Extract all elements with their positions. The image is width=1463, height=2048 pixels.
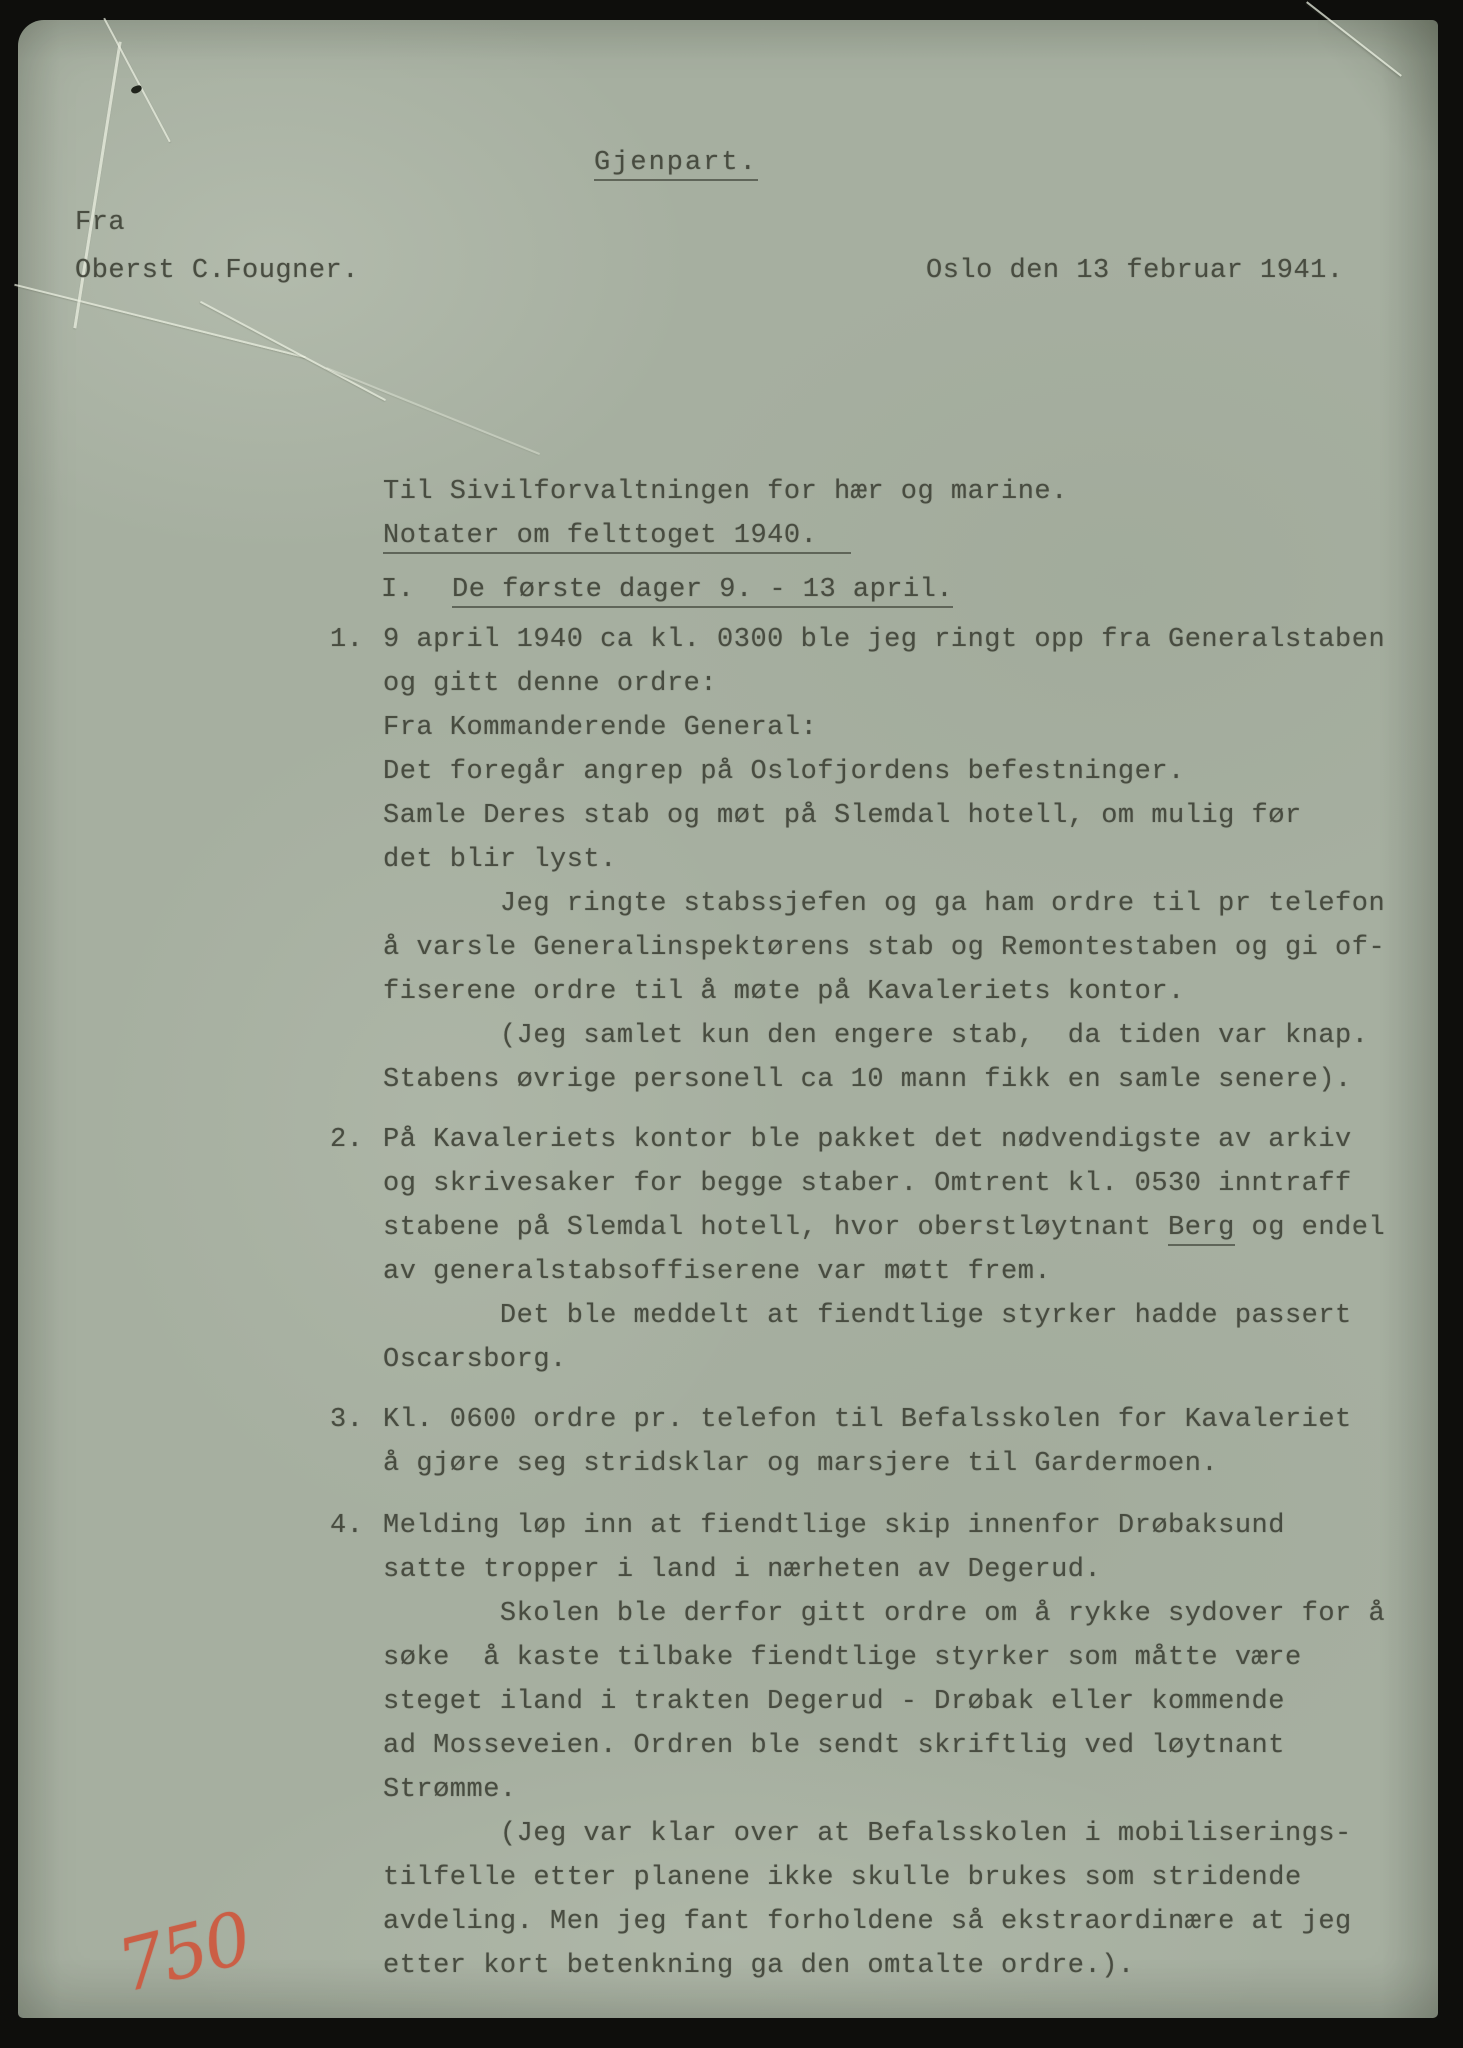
document-title: Gjenpart. — [594, 148, 758, 178]
subject-text: Notater om felttoget 1940. — [383, 521, 851, 554]
underlined-name-berg: Berg — [1168, 1213, 1235, 1246]
typed-line: å varsle Generalinspektørens stab og Rem… — [383, 926, 1420, 970]
typed-line: fiserene ordre til å møte på Kavaleriets… — [383, 970, 1420, 1014]
typed-line: Samle Deres stab og møt på Slemdal hotel… — [383, 794, 1420, 838]
paragraph-4: 4. Melding løp inn at fiendtlige skip in… — [330, 1504, 1420, 1988]
typed-line: 9 april 1940 ca kl. 0300 ble jeg ringt o… — [383, 618, 1420, 662]
typed-line: Jeg ringte stabssjefen og ga ham ordre t… — [383, 882, 1420, 926]
document-page: Gjenpart. Fra Oberst C.Fougner. Oslo den… — [18, 20, 1438, 2018]
handwritten-annotation-750: 750 — [110, 1895, 258, 2008]
document-body: Til Sivilforvaltningen for hær og marine… — [330, 470, 1420, 1988]
typed-line: etter kort betenkning ga den omtalte ord… — [383, 1944, 1420, 1988]
typed-line: Melding løp inn at fiendtlige skip innen… — [383, 1504, 1420, 1548]
typed-line: Det foregår angrep på Oslofjordens befes… — [383, 750, 1420, 794]
typed-line: Stabens øvrige personell ca 10 mann fikk… — [383, 1058, 1420, 1102]
paragraph-number: 1. — [330, 618, 383, 662]
subject-line: Notater om felttoget 1940. — [383, 514, 1420, 558]
typed-line: Det ble meddelt at fiendtlige styrker ha… — [383, 1294, 1420, 1338]
typed-line: å gjøre seg stridsklar og marsjere til G… — [383, 1442, 1420, 1486]
typed-line: Skolen ble derfor gitt ordre om å rykke … — [383, 1592, 1420, 1636]
typed-line: (Jeg var klar over at Befalsskolen i mob… — [383, 1812, 1420, 1856]
section-heading: I. De første dager 9. - 13 april. — [381, 568, 1420, 612]
from-label: Fra — [75, 208, 125, 238]
paragraph-number: 3. — [330, 1398, 383, 1442]
typed-line: satte tropper i land i nærheten av Deger… — [383, 1548, 1420, 1592]
typed-line: ad Mosseveien. Ordren ble sendt skriftli… — [383, 1724, 1420, 1768]
typed-line: og skrivesaker for begge staber. Omtrent… — [383, 1162, 1420, 1206]
typed-line: Strømme. — [383, 1768, 1420, 1812]
sender-name: Oberst C.Fougner. — [75, 256, 359, 286]
paper-crease — [14, 284, 306, 359]
section-title-text: De første dager 9. - 13 april. — [452, 575, 953, 608]
paragraph-text: På Kavaleriets kontor ble pakket det nød… — [383, 1118, 1420, 1382]
typed-line: tilfelle etter planene ikke skulle bruke… — [383, 1856, 1420, 1900]
paragraph-number: 4. — [330, 1504, 383, 1548]
paragraph-text: Kl. 0600 ordre pr. telefon til Befalssko… — [383, 1398, 1420, 1486]
line-segment: stabene på Slemdal hotell, hvor oberstlø… — [383, 1213, 1168, 1243]
typed-line: av generalstabsoffiserene var møtt frem. — [383, 1250, 1420, 1294]
ink-speck — [130, 84, 143, 94]
folded-corner — [1318, 20, 1438, 170]
typed-line: (Jeg samlet kun den engere stab, da tide… — [383, 1014, 1420, 1058]
typed-line: steget iland i trakten Degerud - Drøbak … — [383, 1680, 1420, 1724]
typed-line-with-underline: stabene på Slemdal hotell, hvor oberstlø… — [383, 1206, 1420, 1250]
paragraph-1: 1. 9 april 1940 ca kl. 0300 ble jeg ring… — [330, 618, 1420, 1102]
recipient-line: Til Sivilforvaltningen for hær og marine… — [383, 470, 1420, 514]
paragraph-text: Melding løp inn at fiendtlige skip innen… — [383, 1504, 1420, 1988]
document-title-text: Gjenpart. — [594, 148, 758, 181]
paper-crease — [200, 301, 386, 401]
typed-line: det blir lyst. — [383, 838, 1420, 882]
typed-line: Fra Kommanderende General: — [383, 706, 1420, 750]
typed-line: søke å kaste tilbake fiendtlige styrker … — [383, 1636, 1420, 1680]
paper-crease — [326, 367, 540, 455]
typed-line: og gitt denne ordre: — [383, 662, 1420, 706]
line-segment: og endel — [1235, 1213, 1385, 1243]
paragraph-3: 3. Kl. 0600 ordre pr. telefon til Befals… — [330, 1398, 1420, 1486]
section-title: De første dager 9. - 13 april. — [452, 568, 953, 612]
typed-line: Kl. 0600 ordre pr. telefon til Befalssko… — [383, 1398, 1420, 1442]
paragraph-text: 9 april 1940 ca kl. 0300 ble jeg ringt o… — [383, 618, 1420, 1102]
typed-line: På Kavaleriets kontor ble pakket det nød… — [383, 1118, 1420, 1162]
typed-line: Oscarsborg. — [383, 1338, 1420, 1382]
paragraph-2: 2. På Kavaleriets kontor ble pakket det … — [330, 1118, 1420, 1382]
dateline: Oslo den 13 februar 1941. — [926, 256, 1344, 286]
section-numeral: I. — [381, 568, 452, 612]
paragraph-number: 2. — [330, 1118, 383, 1162]
typed-line: avdeling. Men jeg fant forholdene så eks… — [383, 1900, 1420, 1944]
